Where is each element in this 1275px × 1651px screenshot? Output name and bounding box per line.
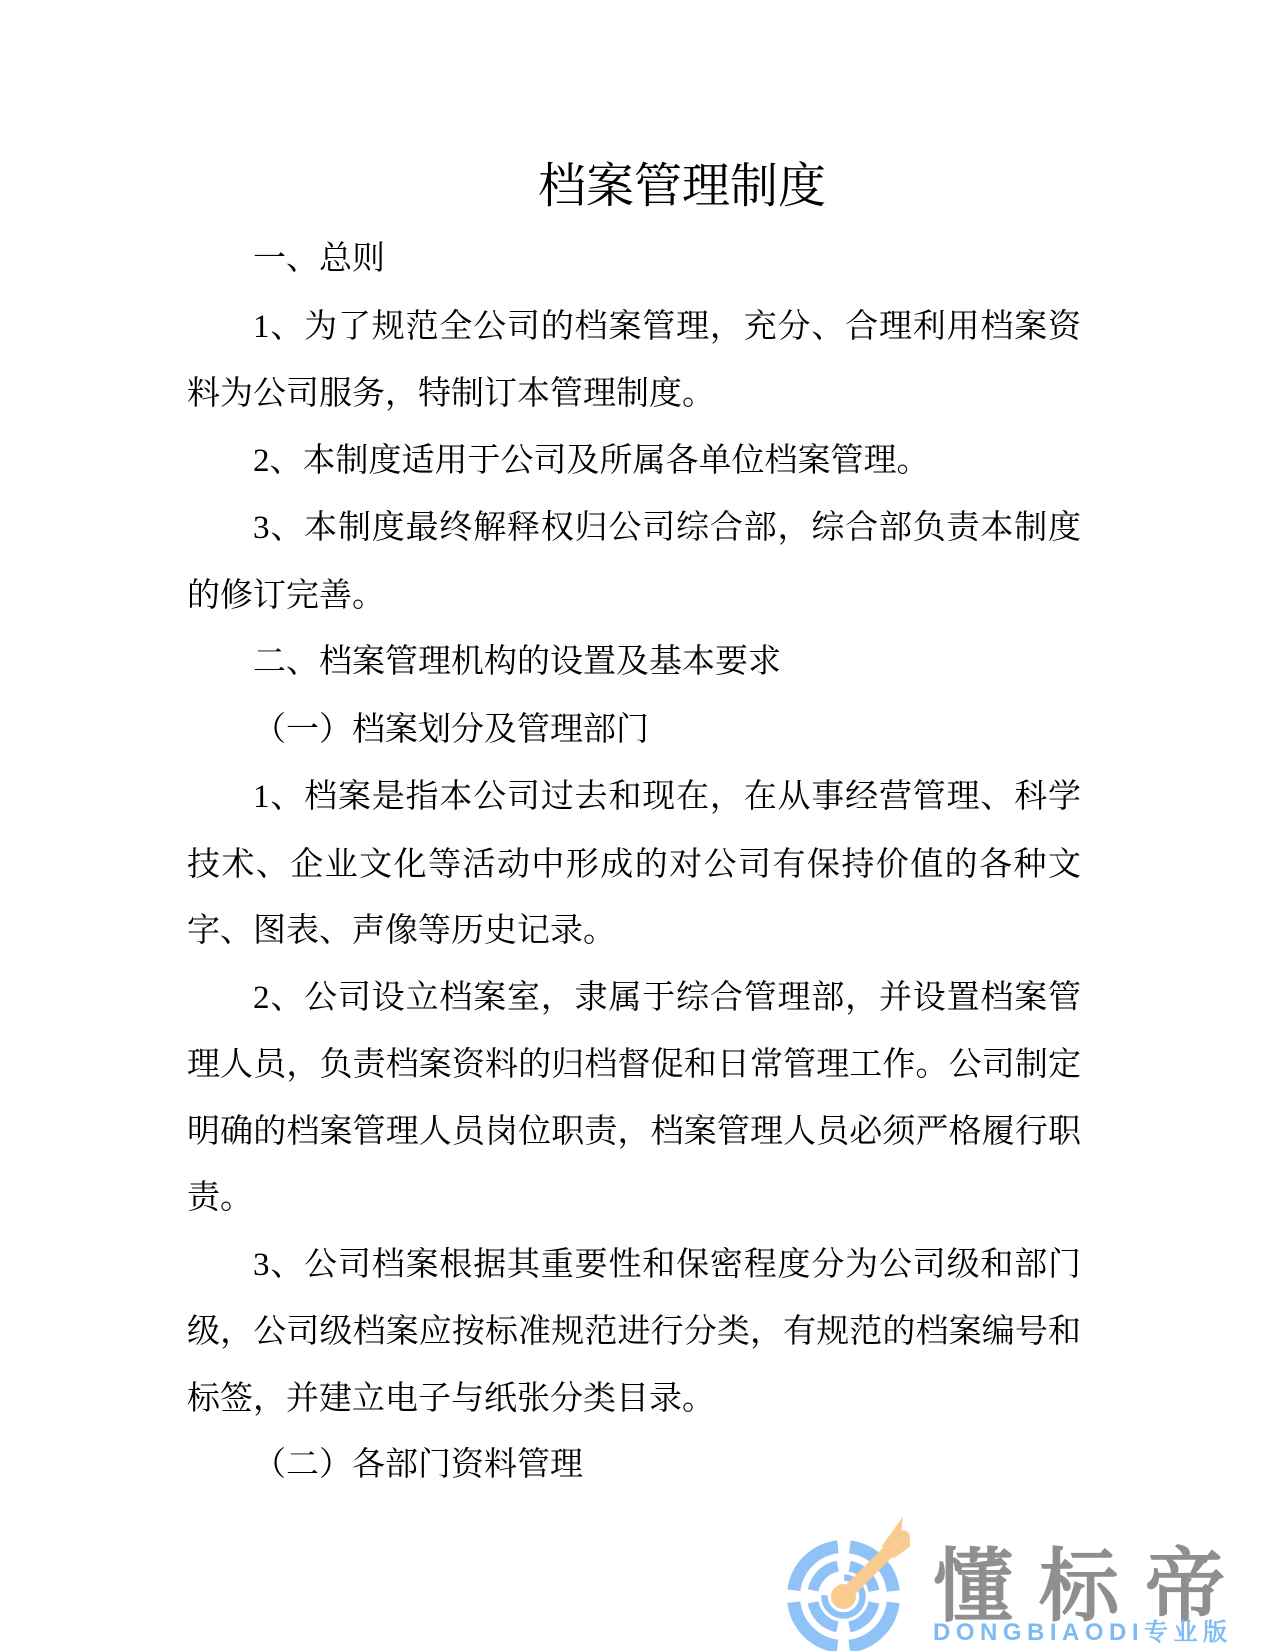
paragraph-division-2: 2、公司设立档案室，隶属于综合管理部，并设置档案管理人员，负责档案资料的归档督促…	[187, 964, 1081, 1231]
subsection-heading-division: （一）档案划分及管理部门	[187, 696, 1081, 764]
paragraph-text: 本制度最终解释权归公司综合部，综合部负责本制度的修订完善。	[187, 508, 1081, 613]
paragraph-division-1: 1、档案是指本公司过去和现在，在从事经营管理、科学技术、企业文化等活动中形成的对…	[187, 763, 1081, 964]
paragraph-text: （二）各部门资料管理	[253, 1445, 583, 1482]
document-text: 一、总则 1、为了规范全公司的档案管理，充分、合理利用档案资料为公司服务，特制订…	[187, 225, 1081, 1499]
section-heading-general-rules: 一、总则	[187, 225, 1081, 293]
paragraph-text: 本制度适用于公司及所属各单位档案管理。	[303, 441, 930, 478]
paragraph-number: 3、	[253, 510, 304, 546]
target-inner-ring	[825, 1578, 863, 1616]
document-title: 档案管理制度	[187, 152, 1081, 222]
paragraph-number: 2、	[253, 443, 303, 479]
arrow-fletching	[877, 1517, 910, 1563]
paragraph-number: 1、	[253, 779, 304, 815]
paragraph-text: 公司档案根据其重要性和保密程度分为公司级和部门级，公司级档案应按标准规范进行分类…	[187, 1245, 1081, 1416]
paragraph-text: （一）档案划分及管理部门	[253, 710, 649, 747]
paragraph-number: 2、	[253, 980, 304, 1016]
target-outer-ring	[794, 1547, 894, 1647]
arrow-head-dot	[826, 1579, 861, 1614]
section-heading-organization: 二、档案管理机构的设置及基本要求	[187, 628, 1081, 696]
paragraph-text: 为了规范全公司的档案管理，充分、合理利用档案资料为公司服务，特制订本管理制度。	[187, 307, 1081, 412]
paragraph-general-2: 2、本制度适用于公司及所属各单位档案管理。	[187, 427, 1081, 495]
paragraph-number: 1、	[253, 309, 304, 345]
paragraph-text: 二、档案管理机构的设置及基本要求	[253, 642, 781, 679]
paragraph-text: 一、总则	[253, 239, 385, 276]
document-body: 档案管理制度 一、总则 1、为了规范全公司的档案管理，充分、合理利用档案资料为公…	[187, 152, 1081, 1499]
paragraph-general-3: 3、本制度最终解释权归公司综合部，综合部负责本制度的修订完善。	[187, 494, 1081, 628]
paragraph-division-3: 3、公司档案根据其重要性和保密程度分为公司级和部门级，公司级档案应按标准规范进行…	[187, 1231, 1081, 1432]
watermark-brand-text: 懂标帝	[933, 1547, 1251, 1627]
arrow-group	[824, 1517, 910, 1616]
document-page: 档案管理制度 一、总则 1、为了规范全公司的档案管理，充分、合理利用档案资料为公…	[0, 0, 1275, 1651]
subsection-heading-department-data: （二）各部门资料管理	[187, 1431, 1081, 1499]
paragraph-text: 档案是指本公司过去和现在，在从事经营管理、科学技术、企业文化等活动中形成的对公司…	[187, 777, 1081, 948]
target-middle-ring	[813, 1566, 875, 1628]
paragraph-general-1: 1、为了规范全公司的档案管理，充分、合理利用档案资料为公司服务，特制订本管理制度…	[187, 293, 1081, 427]
arrow-shaft	[844, 1537, 904, 1597]
target-with-arrow-logo-icon	[760, 1496, 910, 1651]
paragraph-text: 公司设立档案室，隶属于综合管理部，并设置档案管理人员，负责档案资料的归档督促和日…	[187, 978, 1081, 1216]
watermark-subtitle-text: DONGBIAODI专业版	[933, 1620, 1233, 1646]
paragraph-number: 3、	[253, 1247, 304, 1283]
